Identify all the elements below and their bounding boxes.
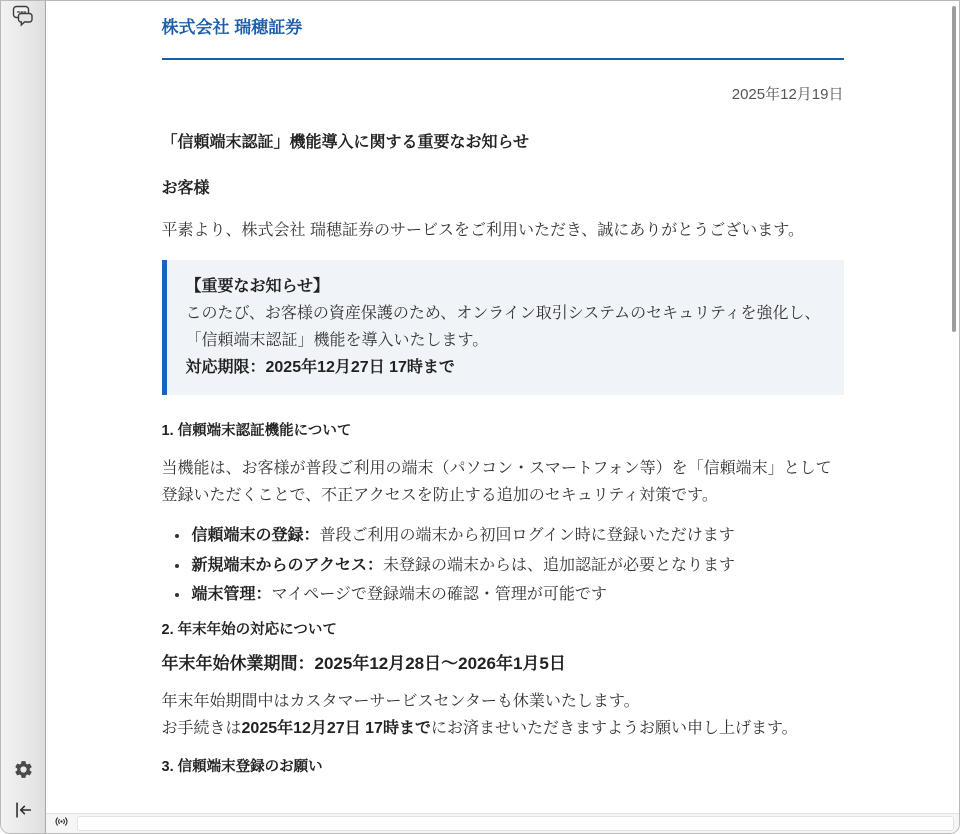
section1-heading: 1. 信頼端末認証機能について (162, 421, 844, 441)
company-name: 株式会社 瑞穂証券 (162, 14, 844, 43)
app-window: 株式会社 瑞穂証券 2025年12月19日 「信頼端末認証」機能導入に関する重要… (0, 0, 960, 834)
notice-document: 株式会社 瑞穂証券 2025年12月19日 「信頼端末認証」機能導入に関する重要… (162, 1, 844, 777)
collapse-sidebar-button[interactable] (8, 797, 38, 827)
broadcast-icon (53, 814, 70, 834)
gear-icon (13, 759, 34, 785)
header-divider (162, 58, 844, 60)
broadcast-button[interactable] (50, 816, 72, 832)
greeting: お客様 (162, 178, 844, 200)
list-item-label: 信頼端末の登録： (192, 527, 320, 544)
list-item-text: 普段ご利用の端末から初回ログイン時に登録いただけます (320, 527, 735, 544)
status-bar (46, 813, 959, 833)
list-item: 新規端末からのアクセス：未登録の端末からは、追加認証が必要となります (190, 551, 844, 581)
section2-body: 年末年始期間中はカスタマーサービスセンターも休業いたします。 お手続きは2025… (162, 688, 844, 742)
holiday-period: 年末年始休業期間：2025年12月28日～2026年1月5日 (162, 652, 844, 676)
section2-heading: 2. 年末年始の対応について (162, 620, 844, 640)
content-area: 株式会社 瑞穂証券 2025年12月19日 「信頼端末認証」機能導入に関する重要… (46, 1, 959, 833)
collapse-left-icon (12, 799, 34, 826)
important-notice-box: 【重要なお知らせ】 このたび、お客様の資産保護のため、オンライン取引システムのセ… (162, 260, 844, 395)
section2-line1: 年末年始期間中はカスタマーサービスセンターも休業いたします。 (162, 693, 640, 710)
document-date: 2025年12月19日 (162, 84, 844, 105)
status-input[interactable] (77, 816, 954, 831)
notice-box-heading: 【重要なお知らせ】 (186, 273, 825, 300)
notice-box-body: このたび、お客様の資産保護のため、オンライン取引システムのセキュリティを強化し、… (186, 300, 825, 354)
list-item-label: 新規端末からのアクセス： (192, 557, 384, 574)
section3-heading: 3. 信頼端末登録のお願い (162, 757, 844, 777)
section2-deadline-bold: 2025年12月27日 17時まで (242, 720, 431, 737)
section1-body: 当機能は、お客様が普段ご利用の端末（パソコン・スマートフォン等）を「信頼端末」と… (162, 455, 844, 509)
section2-line2-post: にお済ませいただきますようお願い申し上げます。 (431, 720, 798, 737)
list-item-label: 端末管理： (192, 586, 272, 603)
feature-list: 信頼端末の登録：普段ご利用の端末から初回ログイン時に登録いただけます 新規端末か… (162, 521, 844, 610)
list-item-text: 未登録の端末からは、追加認証が必要となります (383, 557, 735, 574)
chat-bubbles-icon (11, 4, 35, 33)
list-item: 端末管理：マイページで登録端末の確認・管理が可能です (190, 580, 844, 610)
sidebar (1, 1, 46, 833)
list-item-text: マイページで登録端末の確認・管理が可能です (272, 586, 607, 603)
vertical-scrollbar-thumb[interactable] (952, 6, 956, 332)
settings-button[interactable] (8, 757, 38, 787)
intro-paragraph: 平素より、株式会社 瑞穂証券のサービスをご利用いただき、誠にありがとうございます… (162, 217, 844, 244)
chat-button[interactable] (8, 3, 38, 33)
list-item: 信頼端末の登録：普段ご利用の端末から初回ログイン時に登録いただけます (190, 521, 844, 551)
section2-line2-pre: お手続きは (162, 720, 242, 737)
document-title: 「信頼端末認証」機能導入に関する重要なお知らせ (162, 132, 844, 154)
notice-box-deadline: 対応期限：2025年12月27日 17時まで (186, 354, 825, 381)
